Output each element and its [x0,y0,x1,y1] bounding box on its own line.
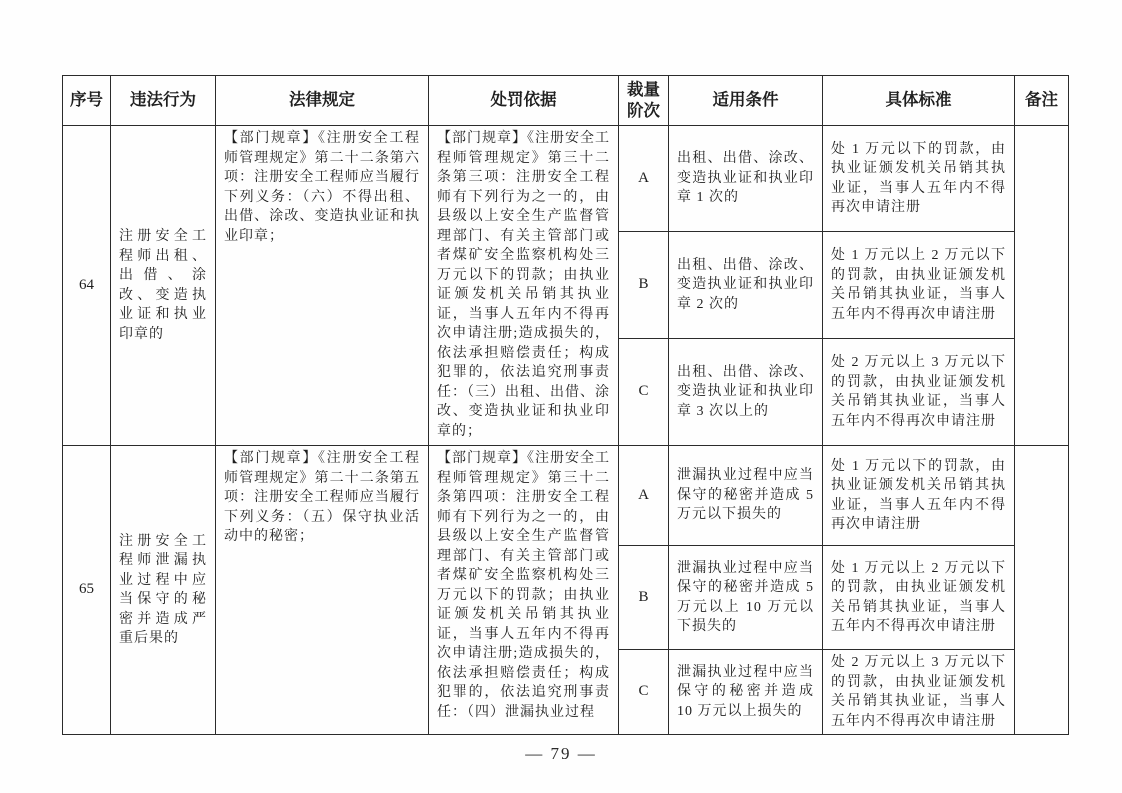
standard-cell: 处 1 万元以上 2 万元以下的罚款，由执业证颁发机关吊销其执业证，当事人五年内… [823,232,1015,339]
column-header-applicable-condition: 适用条件 [669,76,823,126]
tier-level: C [619,339,669,446]
page-number: — 79 — [0,744,1122,764]
condition-cell: 泄漏执业过程中应当保守的秘密并造成 5 万元以下损失的 [669,446,823,546]
standard-cell: 处 1 万元以上 2 万元以下的罚款，由执业证颁发机关吊销其执业证，当事人五年内… [823,546,1015,650]
column-header-violation: 违法行为 [111,76,216,126]
condition-cell: 泄漏执业过程中应当保守的秘密并造成 5 万元以上 10 万元以下损失的 [669,546,823,650]
legal-provision-cell: 【部门规章】《注册安全工程师管理规定》第二十二条第六项：注册安全工程师应当履行下… [216,126,429,446]
serial-number: 65 [63,446,111,735]
penalty-discretion-table: 序号 违法行为 法律规定 处罚依据 裁量阶次 适用条件 具体标准 备注 64 注… [62,75,1069,735]
remark-cell [1015,446,1069,735]
table-header-row: 序号 违法行为 法律规定 处罚依据 裁量阶次 适用条件 具体标准 备注 [63,76,1069,126]
standard-cell: 处 1 万元以下的罚款，由执业证颁发机关吊销其执业证，当事人五年内不得再次申请注… [823,126,1015,232]
violation-cell: 注册安全工程师泄漏执业过程中应当保守的秘密并造成严重后果的 [111,446,216,735]
column-header-legal-provision: 法律规定 [216,76,429,126]
remark-cell [1015,126,1069,446]
column-header-serial: 序号 [63,76,111,126]
legal-provision-cell: 【部门规章】《注册安全工程师管理规定》第二十二条第五项：注册安全工程师应当履行下… [216,446,429,735]
penalty-basis-cell: 【部门规章】《注册安全工程师管理规定》第三十二条第三项：注册安全工程师有下列行为… [429,126,619,446]
document-page: 序号 违法行为 法律规定 处罚依据 裁量阶次 适用条件 具体标准 备注 64 注… [0,0,1122,793]
table-row: 65 注册安全工程师泄漏执业过程中应当保守的秘密并造成严重后果的 【部门规章】《… [63,446,1069,546]
column-header-specific-standard: 具体标准 [823,76,1015,126]
violation-cell: 注册安全工程师出租、出借、涂改、变造执业证和执业印章的 [111,126,216,446]
column-header-penalty-basis: 处罚依据 [429,76,619,126]
tier-level: C [619,650,669,735]
condition-cell: 出租、出借、涂改、变造执业证和执业印章 3 次以上的 [669,339,823,446]
tier-level: B [619,232,669,339]
column-header-remark: 备注 [1015,76,1069,126]
tier-level: B [619,546,669,650]
standard-cell: 处 1 万元以下的罚款，由执业证颁发机关吊销其执业证，当事人五年内不得再次申请注… [823,446,1015,546]
condition-cell: 出租、出借、涂改、变造执业证和执业印章 2 次的 [669,232,823,339]
serial-number: 64 [63,126,111,446]
condition-cell: 出租、出借、涂改、变造执业证和执业印章 1 次的 [669,126,823,232]
table-row: 64 注册安全工程师出租、出借、涂改、变造执业证和执业印章的 【部门规章】《注册… [63,126,1069,232]
column-header-discretion-tier: 裁量阶次 [619,76,669,126]
penalty-basis-cell: 【部门规章】《注册安全工程师管理规定》第三十二条第四项：注册安全工程师有下列行为… [429,446,619,735]
standard-cell: 处 2 万元以上 3 万元以下的罚款，由执业证颁发机关吊销其执业证，当事人五年内… [823,650,1015,735]
standard-cell: 处 2 万元以上 3 万元以下的罚款，由执业证颁发机关吊销其执业证，当事人五年内… [823,339,1015,446]
tier-level: A [619,446,669,546]
tier-level: A [619,126,669,232]
condition-cell: 泄漏执业过程中应当保守的秘密并造成 10 万元以上损失的 [669,650,823,735]
